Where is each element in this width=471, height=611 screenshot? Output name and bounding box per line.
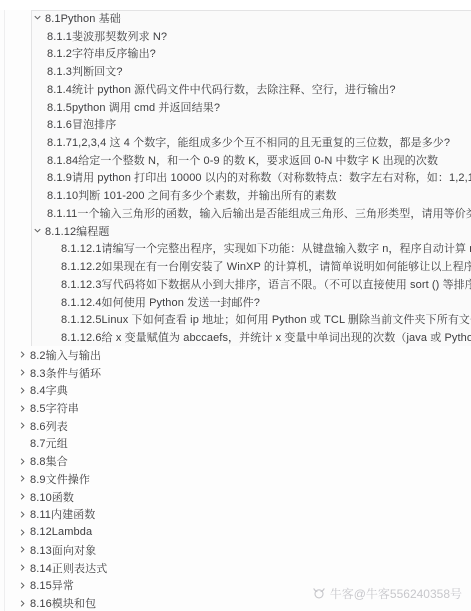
- chevron-right-icon[interactable]: [17, 491, 30, 502]
- tree-item[interactable]: 8.1.5python 调用 cmd 并返回结果?: [0, 98, 471, 116]
- tree-item-label: 8.1.12.1请编写一个完整出程序，实现如下功能：从键盘输入数字 n，程序自动…: [61, 240, 471, 256]
- tree-item-label: 8.1.12.3写代码将如下数据从小到大排序，语言不限。（不可以直接使用 sor…: [61, 276, 471, 292]
- tree-item[interactable]: 8.6列表: [0, 417, 471, 435]
- chevron-right-icon[interactable]: [17, 562, 30, 573]
- tree-item[interactable]: 8.1.12.2如果现在有一台刚安装了 WinXP 的计算机，请简单说明如何能够…: [0, 257, 471, 275]
- tree-item-label: 8.2输入与输出: [30, 347, 101, 363]
- tree-item-label: 8.1.12.5Linux 下如何查看 ip 地址；如何用 Python 或 T…: [61, 311, 471, 327]
- chevron-right-icon[interactable]: [17, 456, 30, 467]
- tree-item-label: 8.11内建函数: [30, 506, 95, 522]
- tree-item[interactable]: 8.11内建函数: [0, 506, 471, 524]
- tree-item-label: 8.1.10判断 101-200 之间有多少个素数，并输出所有的素数: [47, 187, 336, 203]
- chevron-right-icon[interactable]: [17, 349, 30, 360]
- tree-item-label: 8.1.1斐波那契数列求 N?: [47, 28, 167, 44]
- tree-item[interactable]: 8.10函数: [0, 488, 471, 506]
- outline-tree: 8.1Python 基础8.1.1斐波那契数列求 N?8.1.2字符串反序输出?…: [0, 9, 471, 611]
- tree-item[interactable]: 8.8集合: [0, 452, 471, 470]
- chevron-down-icon[interactable]: [32, 12, 45, 23]
- chevron-right-icon[interactable]: [17, 527, 30, 538]
- tree-item[interactable]: 8.1.12.6给 x 变量赋值为 abccaefs，并统计 x 变量中单词出现…: [0, 328, 471, 346]
- tree-item[interactable]: 8.1.9请用 python 打印出 10000 以内的对称数（对称数特点：数字…: [0, 169, 471, 187]
- tree-item[interactable]: 8.1.12.4如何使用 Python 发送一封邮件?: [0, 293, 471, 311]
- chevron-right-icon[interactable]: [17, 580, 30, 591]
- chevron-down-icon[interactable]: [32, 225, 45, 236]
- tree-item-label: 8.9文件操作: [30, 471, 90, 487]
- tree-item-label: 8.7元组: [30, 435, 68, 451]
- chevron-right-icon[interactable]: [17, 598, 30, 609]
- tree-item[interactable]: 8.2输入与输出: [0, 346, 471, 364]
- tree-item[interactable]: 8.4字典: [0, 381, 471, 399]
- tree-item[interactable]: 8.1Python 基础: [0, 9, 471, 27]
- tree-item-label: 8.4字典: [30, 382, 68, 398]
- tree-item[interactable]: 8.1.6冒泡排序: [0, 115, 471, 133]
- watermark: 牛客@牛客556240358号: [312, 585, 462, 601]
- tree-item-label: 8.14正则表达式: [30, 560, 107, 576]
- tree-item[interactable]: 8.1.12.1请编写一个完整出程序，实现如下功能：从键盘输入数字 n，程序自动…: [0, 240, 471, 258]
- tree-item[interactable]: 8.1.10判断 101-200 之间有多少个素数，并输出所有的素数: [0, 186, 471, 204]
- tree-item[interactable]: 8.3条件与循环: [0, 364, 471, 382]
- tree-item[interactable]: 8.1.2字符串反序输出?: [0, 44, 471, 62]
- tree-item-label: 8.1.9请用 python 打印出 10000 以内的对称数（对称数特点：数字…: [47, 169, 471, 185]
- tree-item[interactable]: 8.5字符串: [0, 399, 471, 417]
- tree-item[interactable]: 8.1.84给定一个整数 N，和一个 0-9 的数 K，要求返回 0-N 中数字…: [0, 151, 471, 169]
- niuke-logo-icon: [312, 586, 326, 600]
- chevron-right-icon[interactable]: [17, 509, 30, 520]
- tree-item-label: 8.1.71,2,3,4 这 4 个数字，能组成多少个互不相同的且无重复的三位数…: [47, 134, 450, 150]
- tree-item-label: 8.3条件与循环: [30, 365, 101, 381]
- tree-item-label: 8.1.3判断回文?: [47, 63, 123, 79]
- tree-item-label: 8.1.12.6给 x 变量赋值为 abccaefs，并统计 x 变量中单词出现…: [61, 329, 471, 345]
- chevron-right-icon[interactable]: [17, 403, 30, 414]
- tree-item-label: 8.6列表: [30, 418, 68, 434]
- tree-item-label: 8.16模块和包: [30, 595, 96, 611]
- tree-item-label: 8.1Python 基础: [45, 10, 121, 26]
- chevron-right-icon[interactable]: [17, 544, 30, 555]
- tree-item-label: 8.1.4统计 python 源代码文件中代码行数，去除注释、空行，进行输出?: [47, 81, 396, 97]
- tree-item[interactable]: 8.1.4统计 python 源代码文件中代码行数，去除注释、空行，进行输出?: [0, 80, 471, 98]
- tree-item-label: 8.10函数: [30, 489, 74, 505]
- tree-item-label: 8.1.2字符串反序输出?: [47, 45, 156, 61]
- tree-item[interactable]: 8.13面向对象: [0, 541, 471, 559]
- tree-item-label: 8.1.12.2如果现在有一台刚安装了 WinXP 的计算机，请简单说明如何能够…: [61, 258, 471, 274]
- tree-item-label: 8.12Lambda: [30, 526, 92, 538]
- tree-item[interactable]: 8.1.12.5Linux 下如何查看 ip 地址；如何用 Python 或 T…: [0, 310, 471, 328]
- tree-item-label: 8.8集合: [30, 453, 68, 469]
- tree-item[interactable]: 8.7元组: [0, 435, 471, 453]
- chevron-right-icon[interactable]: [17, 385, 30, 396]
- chevron-right-icon[interactable]: [17, 420, 30, 431]
- chevron-right-icon[interactable]: [17, 473, 30, 484]
- tree-item-label: 8.1.12.4如何使用 Python 发送一封邮件?: [61, 294, 260, 310]
- tree-item-label: 8.1.5python 调用 cmd 并返回结果?: [47, 99, 220, 115]
- tree-item-label: 8.1.84给定一个整数 N，和一个 0-9 的数 K，要求返回 0-N 中数字…: [47, 152, 438, 168]
- tree-item[interactable]: 8.14正则表达式: [0, 559, 471, 577]
- tree-item-label: 8.5字符串: [30, 400, 79, 416]
- tree-item-label: 8.1.12编程题: [45, 223, 109, 239]
- tree-item-label: 8.1.6冒泡排序: [47, 116, 116, 132]
- tree-item[interactable]: 8.1.12.3写代码将如下数据从小到大排序，语言不限。（不可以直接使用 sor…: [0, 275, 471, 293]
- watermark-text: 牛客@牛客556240358号: [330, 585, 462, 602]
- tree-item-label: 8.1.11一个输入三角形的函数，输入后输出是否能组成三角形、三角形类型，请用等…: [47, 205, 471, 221]
- tree-item[interactable]: 8.1.12编程题: [0, 222, 471, 240]
- tree-item[interactable]: 8.1.11一个输入三角形的函数，输入后输出是否能组成三角形、三角形类型，请用等…: [0, 204, 471, 222]
- tree-item[interactable]: 8.9文件操作: [0, 470, 471, 488]
- tree-item-label: 8.15异常: [30, 577, 74, 593]
- tree-item[interactable]: 8.12Lambda: [0, 523, 471, 541]
- tree-item[interactable]: 8.1.1斐波那契数列求 N?: [0, 27, 471, 45]
- tree-item[interactable]: 8.1.3判断回文?: [0, 62, 471, 80]
- tree-item[interactable]: 8.1.71,2,3,4 这 4 个数字，能组成多少个互不相同的且无重复的三位数…: [0, 133, 471, 151]
- tree-item-label: 8.13面向对象: [30, 542, 96, 558]
- chevron-right-icon[interactable]: [17, 367, 30, 378]
